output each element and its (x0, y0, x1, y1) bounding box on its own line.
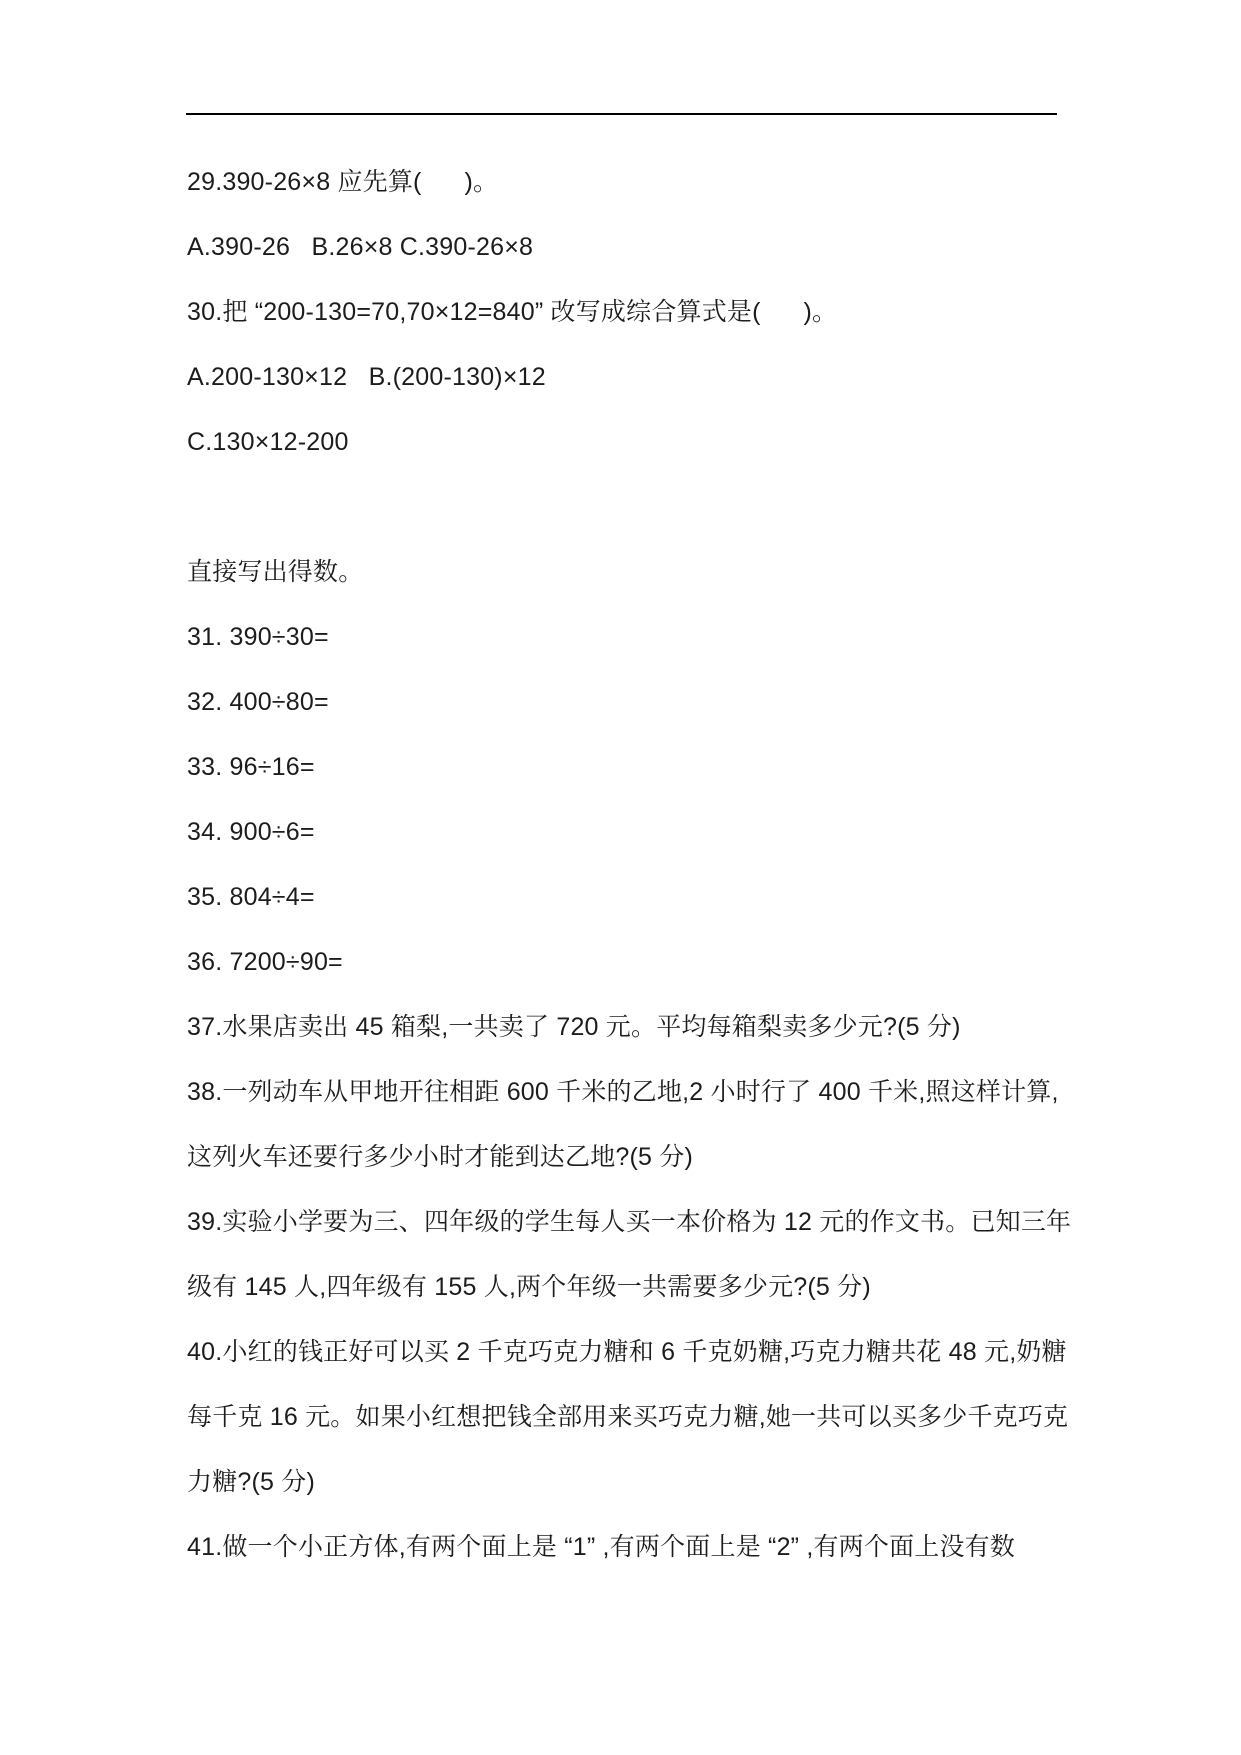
document-line: 29.390-26×8 应先算( )。 (187, 150, 1087, 215)
document-line: 30.把 “200-130=70,70×12=840” 改写成综合算式是( )。 (187, 280, 1087, 345)
document-line: 这列火车还要行多少小时才能到达乙地?(5 分) (187, 1125, 1087, 1190)
document-line: 39.实验小学要为三、四年级的学生每人买一本价格为 12 元的作文书。已知三年 (187, 1190, 1087, 1255)
document-line: C.130×12-200 (187, 410, 1087, 475)
document-line: 40.小红的钱正好可以买 2 千克巧克力糖和 6 千克奶糖,巧克力糖共花 48 … (187, 1320, 1087, 1385)
document-line: 41.做一个小正方体,有两个面上是 “1” ,有两个面上是 “2” ,有两个面上… (187, 1515, 1087, 1580)
document-line: 每千克 16 元。如果小红想把钱全部用来买巧克力糖,她一共可以买多少千克巧克 (187, 1385, 1087, 1450)
document-line: 34. 900÷6= (187, 800, 1087, 865)
document-line: 38.一列动车从甲地开往相距 600 千米的乙地,2 小时行了 400 千米,照… (187, 1060, 1087, 1125)
document-line: 32. 400÷80= (187, 670, 1087, 735)
document-line: 力糖?(5 分) (187, 1450, 1087, 1515)
document-line: A.390-26 B.26×8 C.390-26×8 (187, 215, 1087, 280)
header-rule (186, 113, 1057, 115)
document-line: 级有 145 人,四年级有 155 人,两个年级一共需要多少元?(5 分) (187, 1255, 1087, 1320)
document-line: 37.水果店卖出 45 箱梨,一共卖了 720 元。平均每箱梨卖多少元?(5 分… (187, 995, 1087, 1060)
document-line (187, 475, 1087, 540)
document-line: 33. 96÷16= (187, 735, 1087, 800)
document-page: 29.390-26×8 应先算( )。A.390-26 B.26×8 C.390… (0, 0, 1241, 1755)
document-line: 直接写出得数。 (187, 540, 1087, 605)
document-line: A.200-130×12 B.(200-130)×12 (187, 345, 1087, 410)
document-body: 29.390-26×8 应先算( )。A.390-26 B.26×8 C.390… (187, 150, 1087, 1580)
document-line: 36. 7200÷90= (187, 930, 1087, 995)
document-line: 31. 390÷30= (187, 605, 1087, 670)
document-line: 35. 804÷4= (187, 865, 1087, 930)
